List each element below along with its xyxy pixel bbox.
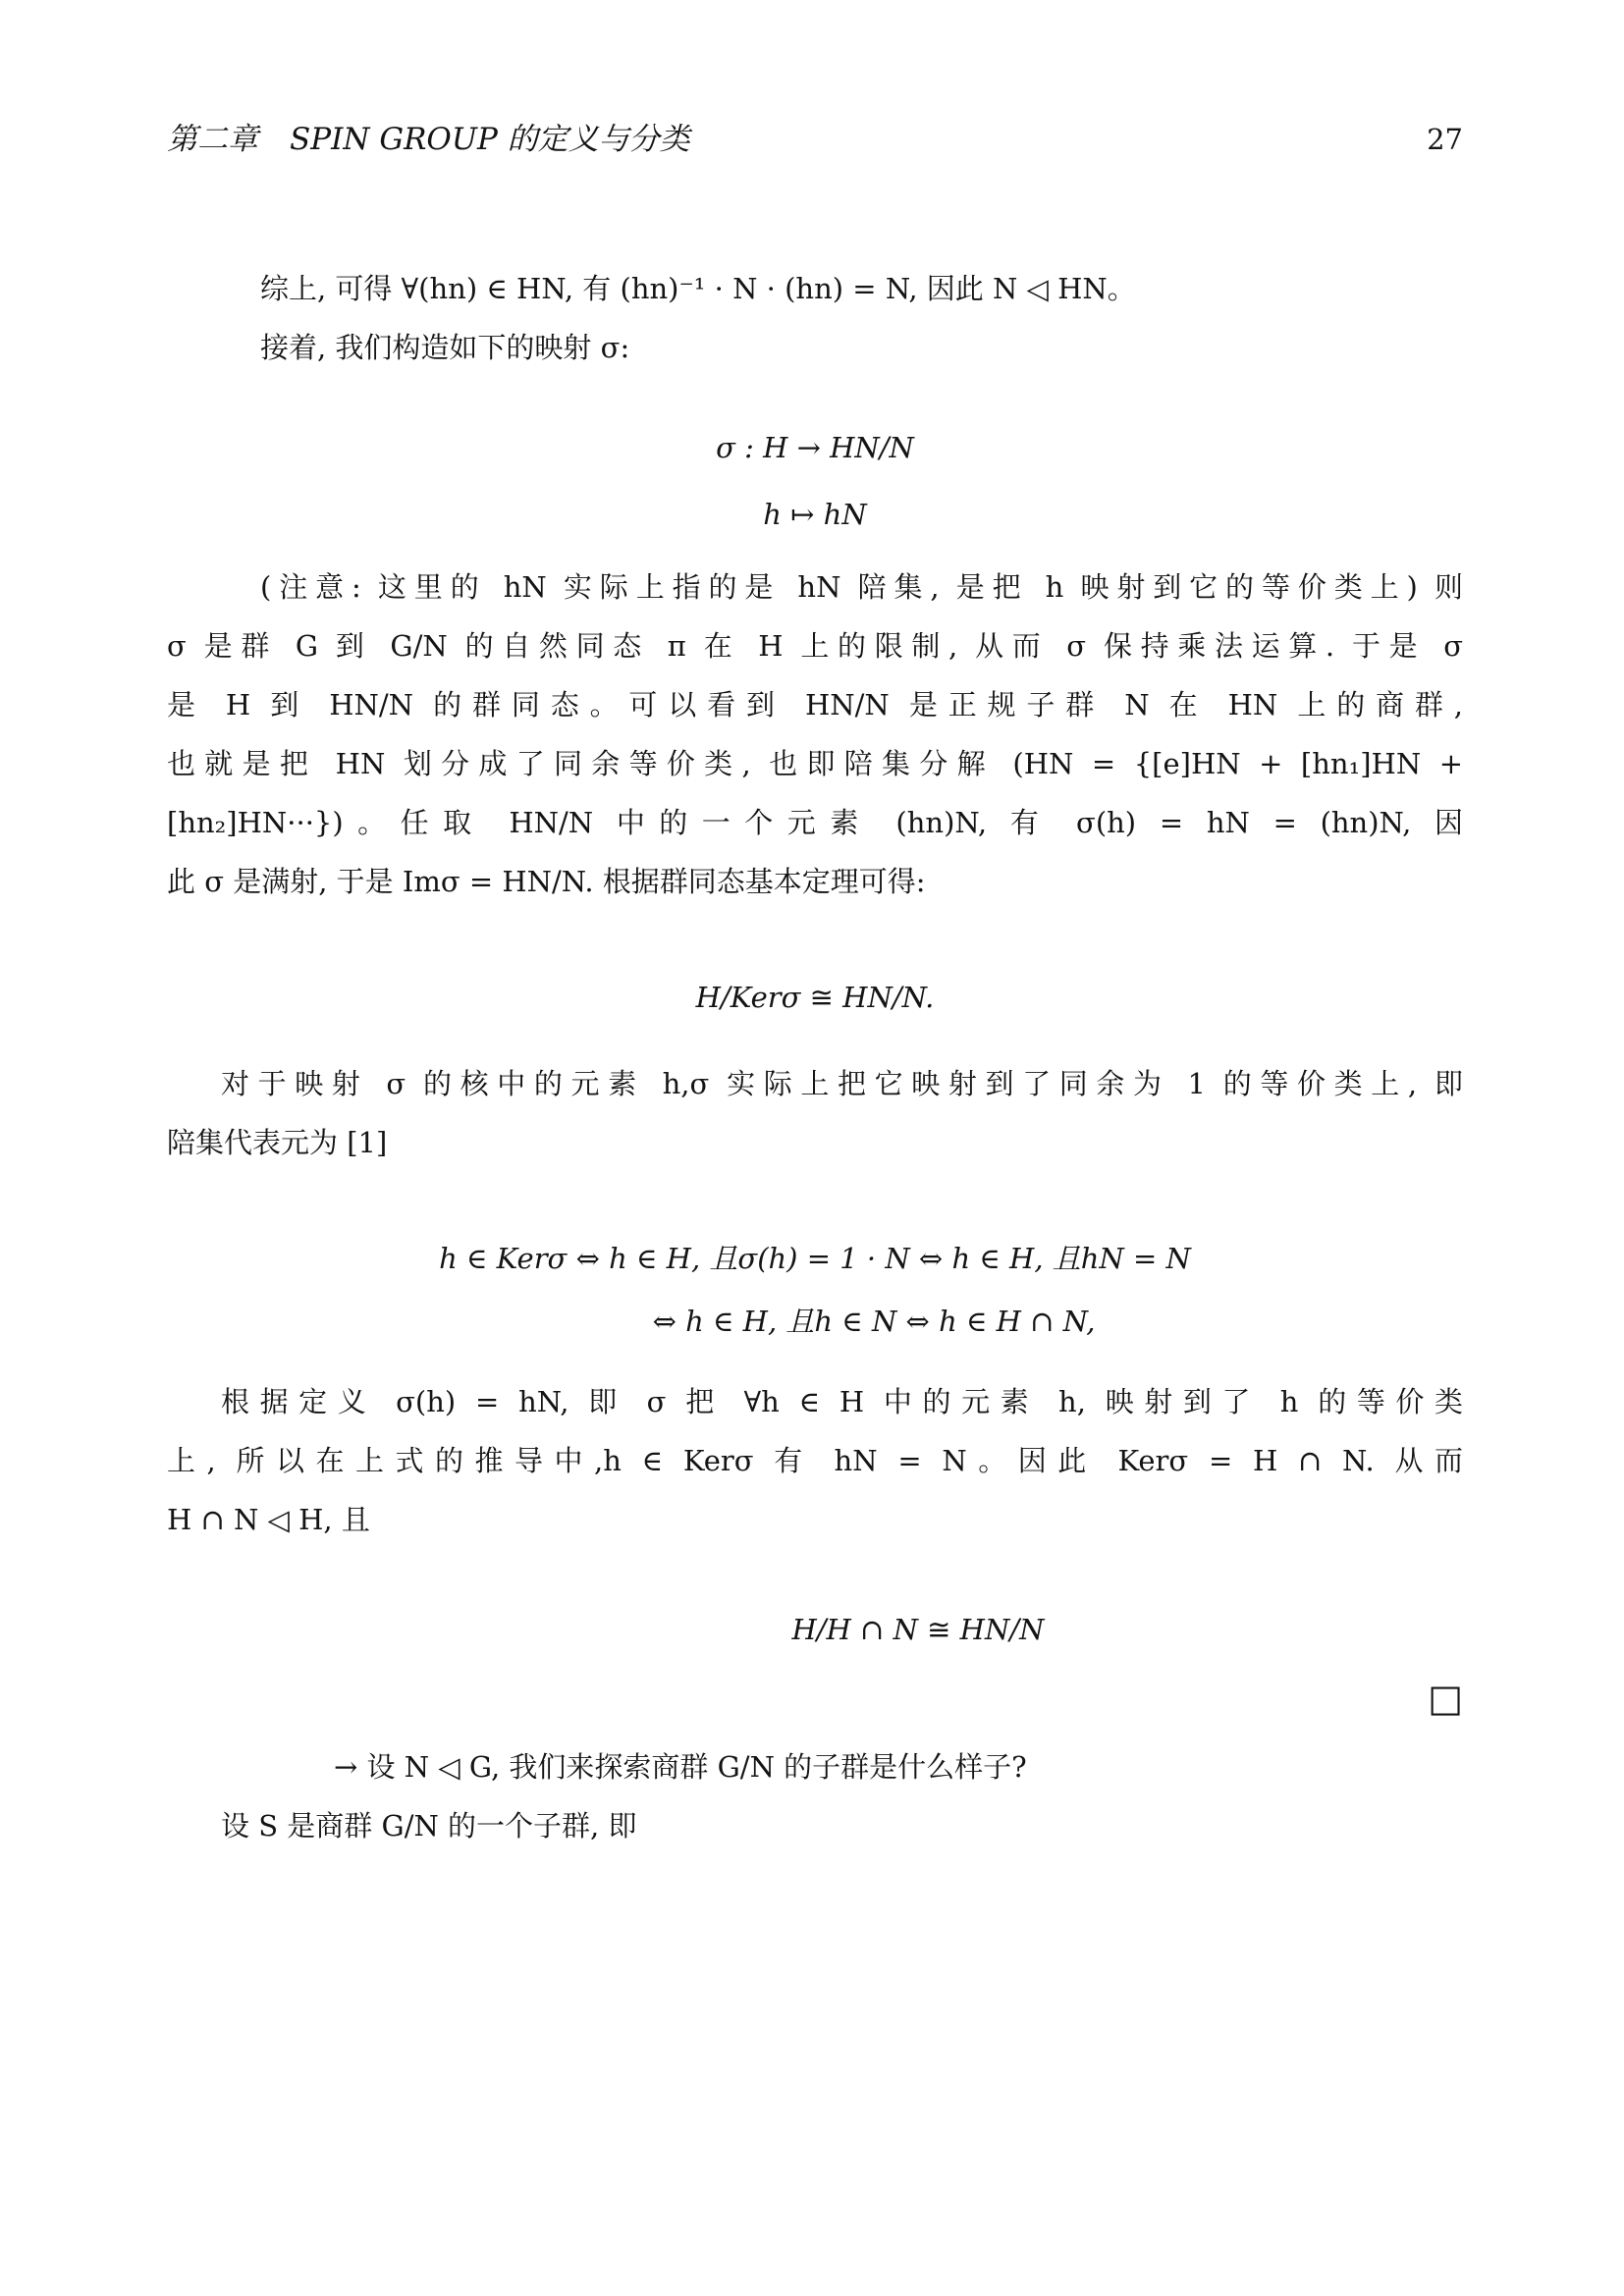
text-line: 是 H 到 HN/N 的群同态。可以看到 HN/N 是正规子群 N 在 HN 上… [167,675,1463,734]
document-page: 第二章SPIN GROUP 的定义与分类 27 综上, 可得 ∀(hn) ∈ H… [0,0,1624,2296]
equation-sigma-definition: σ : H → HN/N h ↦ hN [167,418,1463,544]
equation-line: h ↦ hN [167,485,1463,544]
paragraph-kernel: 对于映射 σ 的核中的元素 h,σ 实际上把它映射到了同余为 1 的等价类上, … [167,1054,1463,1172]
chapter-number: 第二章 [167,122,258,157]
qed-row: □ [167,1669,1463,1728]
paragraph-intro-map: 接着, 我们构造如下的映射 σ: [167,318,1463,377]
text-line: H ∩ N ◁ H, 且 [167,1490,1463,1549]
body-text: 综上, 可得 ∀(hn) ∈ HN, 有 (hn)⁻¹ · N · (hn) =… [167,259,1463,1855]
text-line: σ 是群 G 到 G/N 的自然同态 π 在 H 上的限制, 从而 σ 保持乘法… [167,616,1463,675]
qed-box: □ [1428,1677,1463,1720]
paragraph-arrow-remark: → 设 N ◁ G, 我们来探索商群 G/N 的子群是什么样子? [167,1737,1463,1796]
text-line: 根据定义 σ(h) = hN, 即 σ 把 ∀h ∈ H 中的元素 h, 映射到… [167,1372,1463,1431]
equation-second-isomorphism: H/H ∩ N ≅ HN/N [270,1600,1566,1659]
paragraph-summary: 综上, 可得 ∀(hn) ∈ HN, 有 (hn)⁻¹ · N · (hn) =… [167,259,1463,318]
paragraph-definition: 根据定义 σ(h) = hN, 即 σ 把 ∀h ∈ H 中的元素 h, 映射到… [167,1372,1463,1549]
text-line: 也就是把 HN 划分成了同余等价类, 也即陪集分解 (HN = {[e]HN +… [167,734,1463,793]
page-number: 27 [1427,120,1463,159]
running-header: 第二章SPIN GROUP 的定义与分类 27 [167,120,1463,159]
text-line: 对于映射 σ 的核中的元素 h,σ 实际上把它映射到了同余为 1 的等价类上, … [167,1054,1463,1113]
text-line: [hn₂]HN···})。任取 HN/N 中的一个元素 (hn)N, 有 σ(h… [167,793,1463,852]
equation-line: ⇔ h ∈ H, 且h ∈ N ⇔ h ∈ H ∩ N, [226,1292,1522,1351]
text-line: (注意: 这里的 hN 实际上指的是 hN 陪集, 是把 h 映射到它的等价类上… [167,558,1463,616]
equation-line: h ∈ Kerσ ⇔ h ∈ H, 且σ(h) = 1 · N ⇔ h ∈ H,… [167,1229,1463,1288]
paragraph-subgroup: 设 S 是商群 G/N 的一个子群, 即 [167,1796,1463,1855]
equation-kernel-derivation: h ∈ Kerσ ⇔ h ∈ H, 且σ(h) = 1 · N ⇔ h ∈ H,… [167,1229,1463,1351]
equation-first-isomorphism: H/Kerσ ≅ HN/N. [167,968,1463,1027]
text-line: 上, 所以在上式的推导中,h ∈ Kerσ 有 hN = N。因此 Kerσ =… [167,1431,1463,1490]
chapter-title: SPIN GROUP 的定义与分类 [290,122,690,157]
chapter-heading: 第二章SPIN GROUP 的定义与分类 [167,120,690,159]
paragraph-note: (注意: 这里的 hN 实际上指的是 hN 陪集, 是把 h 映射到它的等价类上… [167,558,1463,911]
text-line: 此 σ 是满射, 于是 Imσ = HN/N. 根据群同态基本定理可得: [167,852,1463,911]
equation-line: σ : H → HN/N [167,418,1463,477]
text-line: 陪集代表元为 [1] [167,1113,1463,1172]
